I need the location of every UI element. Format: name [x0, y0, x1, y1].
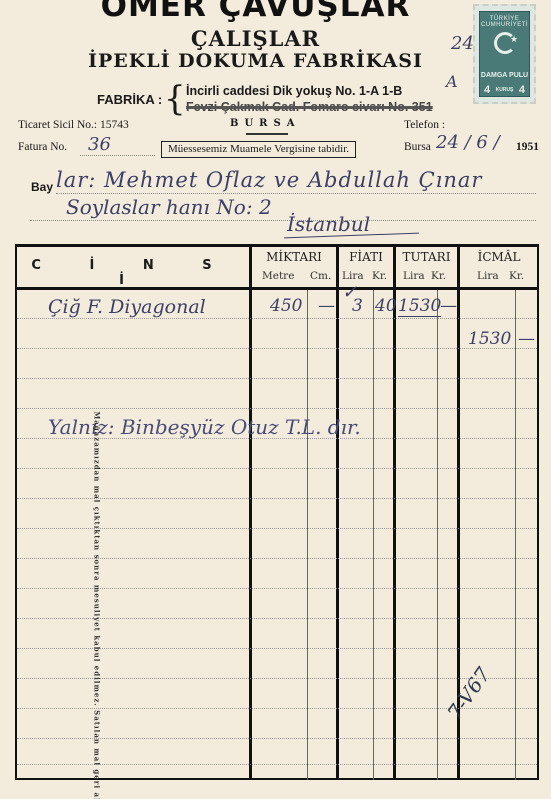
header-fiat-kr: Kr. — [372, 270, 387, 282]
factory-address-struck: Fevzi Çakmak Cad. Fomaro civarı No. 351 — [186, 100, 433, 114]
header-tutar-lira: Lira — [403, 270, 425, 282]
row1-tutar-lira: 1530 — [398, 296, 441, 317]
row-line — [17, 378, 537, 379]
factory-address: İncirli caddesi Dik yokuş No. 1-A 1-B — [186, 84, 402, 98]
header-fiat-lira: Lira — [342, 270, 364, 282]
row1-fiat-kr: 40 — [375, 296, 397, 316]
col-divider-fiat — [336, 244, 339, 780]
row1-miktar-cm: — — [318, 296, 335, 316]
date-place: Bursa — [404, 141, 431, 153]
telefon-label: Telefon : — [404, 119, 445, 131]
city-underline — [246, 133, 288, 135]
header-tutar-kr: Kr. — [431, 270, 446, 282]
company-name: OMER ÇAVUŞLAR — [0, 0, 551, 24]
header-miktar: MİKTARI — [252, 250, 336, 264]
row2-icmal-lira: 1530 — [468, 329, 511, 349]
col-divider-miktar — [249, 244, 252, 780]
side-note: Mağazamızdan mal çıktıktan sonra mesuliy… — [93, 412, 102, 782]
stamp-handwritten-date: 24 — [451, 33, 474, 54]
date-year: 1951 — [516, 141, 539, 153]
col-divider-metre-cm — [307, 290, 308, 780]
customer-address: Soylaslar hanı No: 2 — [66, 195, 272, 219]
row-line — [17, 348, 537, 349]
revenue-stamp: TÜRKİYE CUMHURİYETİ ★ DAMGA PULU 4 KURUŞ… — [473, 4, 536, 104]
row1-miktar-metre: 450 — [270, 296, 302, 316]
stamp-unit: KURUŞ — [496, 87, 514, 93]
brace-decoration: { — [164, 82, 186, 116]
header-cinsi: C İ N S İ — [15, 258, 250, 288]
header-miktar-metre: Metre — [262, 270, 294, 282]
invoice-dotline — [80, 155, 155, 156]
star-icon: ★ — [510, 34, 518, 45]
stamp-top-text: TÜRKİYE CUMHURİYETİ — [480, 16, 529, 28]
header-icmal-lira: Lira — [477, 270, 499, 282]
customer-name: lar: Mehmet Oflaz ve Abdullah Çınar — [56, 168, 482, 192]
customer-dotline-1 — [56, 193, 536, 194]
header-icmal-kr: Kr. — [509, 270, 524, 282]
row-line — [17, 318, 537, 319]
customer-city: İstanbul — [287, 212, 370, 236]
header-fiat: FİATI — [339, 250, 393, 264]
row1-cinsi: Çiğ F. Diyagonal — [48, 296, 206, 318]
stamp-name: DAMGA PULU — [480, 72, 529, 79]
trade-registry: Ticaret Sicil No.: 15743 — [18, 119, 129, 131]
sicil-label: Ticaret Sicil No.: — [18, 119, 97, 131]
col-divider-tutar-kr — [437, 290, 438, 780]
stamp-value: 4 KURUŞ 4 — [480, 84, 529, 96]
row1-tutar-kr: — — [440, 296, 457, 316]
header-tutar: TUTARI — [396, 250, 457, 264]
row-line — [17, 408, 537, 409]
header-icmal: İCMÂL — [460, 250, 538, 264]
tax-notice-box: Müessesemiz Muamele Vergisine tabidir. — [161, 141, 356, 158]
city-name: BURSA — [230, 118, 300, 129]
factory-label: FABRİKA : — [97, 92, 162, 107]
col-divider-icmal-kr — [515, 290, 516, 780]
stamp-face: TÜRKİYE CUMHURİYETİ ★ DAMGA PULU 4 KURUŞ… — [479, 11, 530, 97]
stamp-value-left: 4 — [484, 84, 490, 96]
stamp-value-right: 4 — [519, 84, 525, 96]
row2-icmal-kr: — — [518, 329, 535, 349]
stamp-signature: A — [446, 72, 458, 91]
customer-dotline-2 — [30, 220, 536, 221]
customer-label: Bay — [31, 180, 53, 194]
col-divider-tutar — [393, 244, 396, 780]
header-miktar-cm: Cm. — [310, 270, 331, 282]
col-divider-fiat-kr — [373, 290, 374, 780]
checkmark-icon: ✓ — [342, 282, 357, 303]
invoice-label: Fatura No. — [18, 141, 67, 153]
date-handwritten: 24 / 6 / — [436, 132, 500, 153]
sicil-value: 15743 — [100, 119, 129, 131]
invoice-number: 36 — [88, 134, 111, 155]
